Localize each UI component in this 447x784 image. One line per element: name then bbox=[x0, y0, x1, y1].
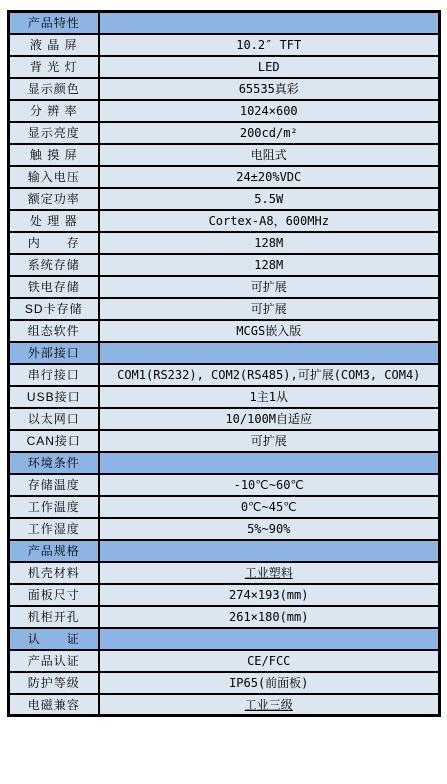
table-row: CAN接口可扩展 bbox=[9, 430, 440, 452]
table-row: 串行接口COM1(RS232), COM2(RS485),可扩展(COM3, C… bbox=[9, 364, 440, 386]
spec-value: 10/100M自适应 bbox=[99, 408, 440, 430]
spec-value: 261×180(mm) bbox=[99, 606, 440, 628]
table-row: 机壳材料工业塑料 bbox=[9, 562, 440, 584]
section-title: 产品规格 bbox=[9, 540, 99, 562]
spec-label: 电磁兼容 bbox=[9, 694, 99, 716]
section-header-row: 产品规格 bbox=[9, 540, 440, 562]
table-row: 液 晶 屏10.2″ TFT bbox=[9, 34, 440, 56]
table-row: USB接口1主1从 bbox=[9, 386, 440, 408]
spec-label: 串行接口 bbox=[9, 364, 99, 386]
spec-value: -10℃~60℃ bbox=[99, 474, 440, 496]
table-row: 处 理 器Cortex-A8，600MHz bbox=[9, 210, 440, 232]
spec-label: 防护等级 bbox=[9, 672, 99, 694]
spec-label: 额定功率 bbox=[9, 188, 99, 210]
spec-table: 产品特性液 晶 屏10.2″ TFT背 光 灯LED显示颜色65535真彩分 辨… bbox=[7, 10, 441, 717]
spec-value: 1024×600 bbox=[99, 100, 440, 122]
spec-label: 组态软件 bbox=[9, 320, 99, 342]
spec-value: 工业三级 bbox=[99, 694, 440, 716]
spec-label: 显示亮度 bbox=[9, 122, 99, 144]
spec-label: 系统存储 bbox=[9, 254, 99, 276]
table-row: 防护等级IP65(前面板) bbox=[9, 672, 440, 694]
section-title: 产品特性 bbox=[9, 12, 99, 34]
table-row: SD卡存储可扩展 bbox=[9, 298, 440, 320]
section-title: 认 证 bbox=[9, 628, 99, 650]
spec-value: 128M bbox=[99, 232, 440, 254]
spec-label: 机壳材料 bbox=[9, 562, 99, 584]
spec-value bbox=[99, 540, 440, 562]
table-row: 内 存128M bbox=[9, 232, 440, 254]
spec-label: 面板尺寸 bbox=[9, 584, 99, 606]
section-title: 外部接口 bbox=[9, 342, 99, 364]
spec-label: USB接口 bbox=[9, 386, 99, 408]
table-row: 存储温度-10℃~60℃ bbox=[9, 474, 440, 496]
table-row: 电磁兼容工业三级 bbox=[9, 694, 440, 716]
spec-label: 触 摸 屏 bbox=[9, 144, 99, 166]
spec-value: 工业塑料 bbox=[99, 562, 440, 584]
table-row: 背 光 灯LED bbox=[9, 56, 440, 78]
spec-value: LED bbox=[99, 56, 440, 78]
table-row: 触 摸 屏电阻式 bbox=[9, 144, 440, 166]
section-header-row: 产品特性 bbox=[9, 12, 440, 34]
spec-value: 0℃~45℃ bbox=[99, 496, 440, 518]
spec-value: 可扩展 bbox=[99, 276, 440, 298]
spec-label: 处 理 器 bbox=[9, 210, 99, 232]
spec-label: 内 存 bbox=[9, 232, 99, 254]
spec-value: 10.2″ TFT bbox=[99, 34, 440, 56]
spec-label: 工作温度 bbox=[9, 496, 99, 518]
table-row: 显示颜色65535真彩 bbox=[9, 78, 440, 100]
table-row: 工作温度0℃~45℃ bbox=[9, 496, 440, 518]
spec-value bbox=[99, 342, 440, 364]
table-row: 工作湿度5%~90% bbox=[9, 518, 440, 540]
spec-label: 显示颜色 bbox=[9, 78, 99, 100]
spec-sheet: 产品特性液 晶 屏10.2″ TFT背 光 灯LED显示颜色65535真彩分 辨… bbox=[0, 0, 447, 717]
spec-label: 分 辨 率 bbox=[9, 100, 99, 122]
spec-value bbox=[99, 12, 440, 34]
spec-value: 可扩展 bbox=[99, 430, 440, 452]
section-header-row: 外部接口 bbox=[9, 342, 440, 364]
spec-label: CAN接口 bbox=[9, 430, 99, 452]
spec-label: 输入电压 bbox=[9, 166, 99, 188]
table-row: 组态软件MCGS嵌入版 bbox=[9, 320, 440, 342]
spec-value bbox=[99, 452, 440, 474]
spec-value: 可扩展 bbox=[99, 298, 440, 320]
spec-value: 24±20%VDC bbox=[99, 166, 440, 188]
spec-table-body: 产品特性液 晶 屏10.2″ TFT背 光 灯LED显示颜色65535真彩分 辨… bbox=[9, 12, 440, 716]
table-row: 面板尺寸274×193(mm) bbox=[9, 584, 440, 606]
section-header-row: 环境条件 bbox=[9, 452, 440, 474]
spec-value: MCGS嵌入版 bbox=[99, 320, 440, 342]
spec-value: Cortex-A8，600MHz bbox=[99, 210, 440, 232]
table-row: 铁电存储可扩展 bbox=[9, 276, 440, 298]
spec-label: SD卡存储 bbox=[9, 298, 99, 320]
spec-label: 以太网口 bbox=[9, 408, 99, 430]
section-header-row: 认 证 bbox=[9, 628, 440, 650]
table-row: 系统存储128M bbox=[9, 254, 440, 276]
spec-value: 电阻式 bbox=[99, 144, 440, 166]
spec-value: 274×193(mm) bbox=[99, 584, 440, 606]
spec-label: 铁电存储 bbox=[9, 276, 99, 298]
spec-value: 5.5W bbox=[99, 188, 440, 210]
spec-value: 5%~90% bbox=[99, 518, 440, 540]
table-row: 以太网口10/100M自适应 bbox=[9, 408, 440, 430]
table-row: 额定功率5.5W bbox=[9, 188, 440, 210]
spec-value: 1主1从 bbox=[99, 386, 440, 408]
table-row: 产品认证CE/FCC bbox=[9, 650, 440, 672]
spec-value: COM1(RS232), COM2(RS485),可扩展(COM3, COM4) bbox=[99, 364, 440, 386]
spec-label: 存储温度 bbox=[9, 474, 99, 496]
table-row: 显示亮度200cd/m² bbox=[9, 122, 440, 144]
spec-label: 背 光 灯 bbox=[9, 56, 99, 78]
spec-value: 200cd/m² bbox=[99, 122, 440, 144]
table-row: 分 辨 率1024×600 bbox=[9, 100, 440, 122]
spec-label: 工作湿度 bbox=[9, 518, 99, 540]
table-row: 机柜开孔261×180(mm) bbox=[9, 606, 440, 628]
spec-label: 产品认证 bbox=[9, 650, 99, 672]
spec-value: CE/FCC bbox=[99, 650, 440, 672]
section-title: 环境条件 bbox=[9, 452, 99, 474]
spec-value bbox=[99, 628, 440, 650]
spec-label: 液 晶 屏 bbox=[9, 34, 99, 56]
table-row: 输入电压24±20%VDC bbox=[9, 166, 440, 188]
spec-value: 128M bbox=[99, 254, 440, 276]
spec-value: 65535真彩 bbox=[99, 78, 440, 100]
spec-value: IP65(前面板) bbox=[99, 672, 440, 694]
spec-label: 机柜开孔 bbox=[9, 606, 99, 628]
